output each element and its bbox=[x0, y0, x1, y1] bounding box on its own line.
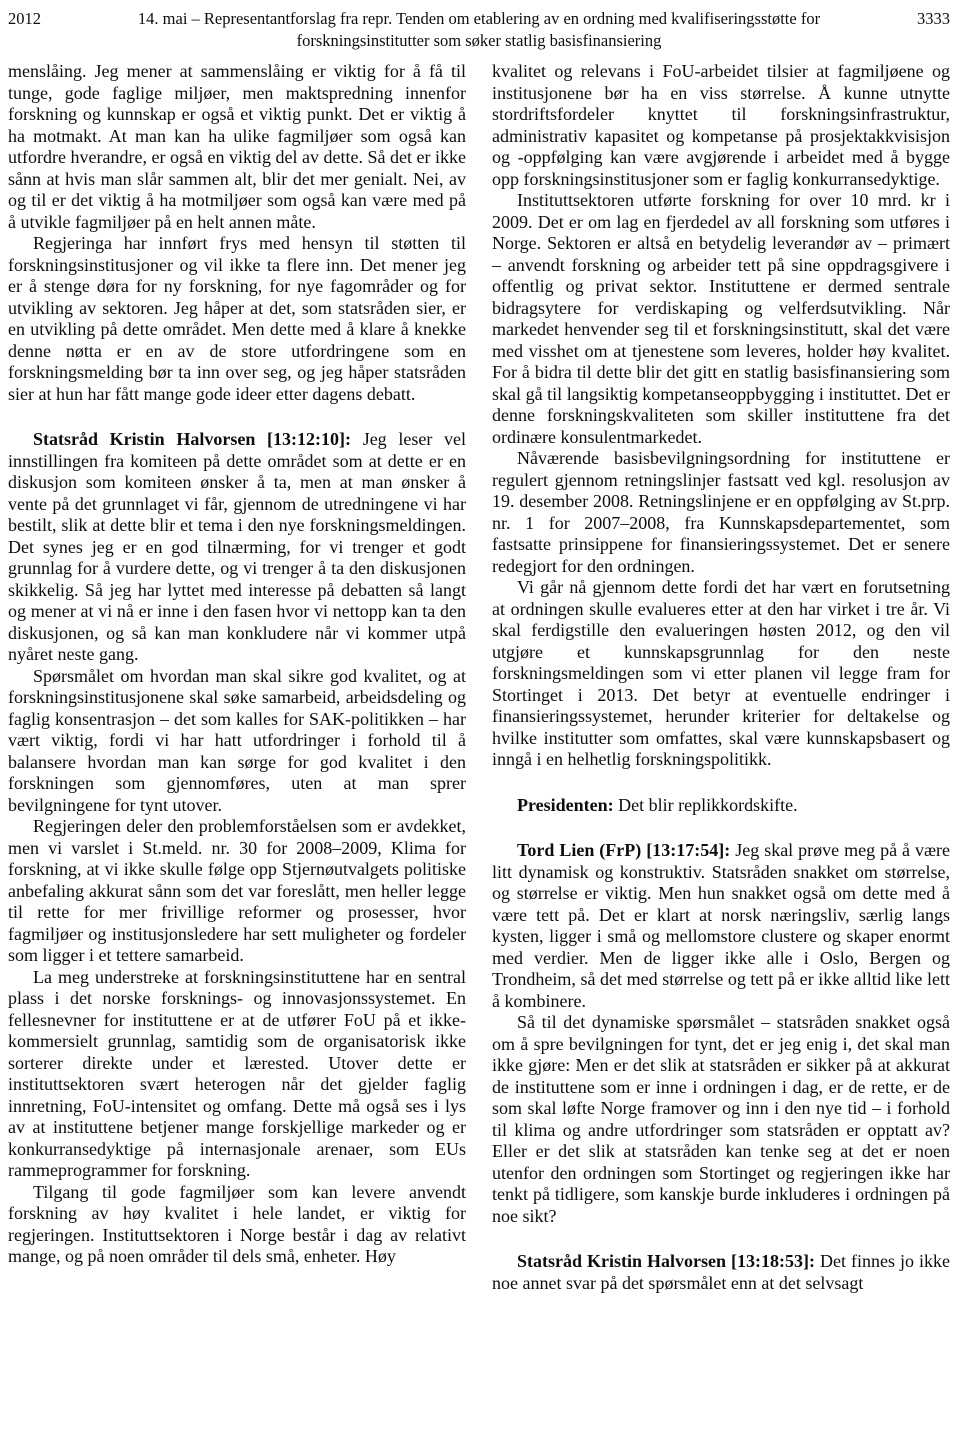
header-page-number: 3333 bbox=[860, 8, 950, 30]
speaker-paragraph: Tord Lien (FrP) [13:17:54]: Jeg skal prø… bbox=[492, 840, 950, 1012]
paragraph: La meg understreke at forskningsinstitut… bbox=[8, 967, 466, 1182]
speaker-paragraph: Presidenten: Det blir replikkordskifte. bbox=[492, 795, 950, 817]
paragraph: Vi går nå gjennom dette fordi det har væ… bbox=[492, 577, 950, 771]
speaker-name: Statsråd Kristin Halvorsen [13:18:53]: bbox=[517, 1251, 815, 1271]
header-year: 2012 bbox=[8, 8, 98, 30]
speaker-paragraph: Statsråd Kristin Halvorsen [13:18:53]: D… bbox=[492, 1251, 950, 1294]
left-column: menslåing. Jeg mener at sammenslåing er … bbox=[8, 61, 466, 1294]
speech-text: Jeg skal prøve meg på å være litt dynami… bbox=[492, 840, 950, 1011]
paragraph-continuation: menslåing. Jeg mener at sammenslåing er … bbox=[8, 61, 466, 233]
speaker-name: Tord Lien (FrP) [13:17:54]: bbox=[517, 840, 730, 860]
page-header: 2012 14. mai – Representantforslag fra r… bbox=[8, 8, 950, 52]
paragraph: Så til det dynamiske spørsmålet – statsr… bbox=[492, 1012, 950, 1227]
paragraph-continuation: kvalitet og relevans i FoU-arbeidet tils… bbox=[492, 61, 950, 190]
paragraph: Spørsmålet om hvordan man skal sikre god… bbox=[8, 666, 466, 817]
speaker-name: Presidenten: bbox=[517, 795, 614, 815]
paragraph: Nåværende basisbevilgningsordning for in… bbox=[492, 448, 950, 577]
speech-text: Jeg leser vel innstillingen fra komiteen… bbox=[8, 429, 466, 664]
two-column-body: menslåing. Jeg mener at sammenslåing er … bbox=[8, 61, 950, 1294]
speaker-paragraph: Statsråd Kristin Halvorsen [13:12:10]: J… bbox=[8, 429, 466, 666]
header-title: 14. mai – Representantforslag fra repr. … bbox=[98, 8, 860, 52]
header-title-line2: forskningsinstitutter som søker statlig … bbox=[102, 30, 856, 52]
paragraph: Regjeringen deler den problemforståelsen… bbox=[8, 816, 466, 967]
speech-text: Det blir replikkordskifte. bbox=[618, 795, 797, 815]
paragraph: Regjeringa har innført frys med hensyn t… bbox=[8, 233, 466, 405]
document-page: 2012 14. mai – Representantforslag fra r… bbox=[0, 0, 960, 1430]
right-column: kvalitet og relevans i FoU-arbeidet tils… bbox=[492, 61, 950, 1294]
header-title-line1: 14. mai – Representantforslag fra repr. … bbox=[102, 8, 856, 30]
paragraph: Instituttsektoren utførte forskning for … bbox=[492, 190, 950, 448]
paragraph: Tilgang til gode fagmiljøer som kan leve… bbox=[8, 1182, 466, 1268]
speaker-name: Statsråd Kristin Halvorsen [13:12:10]: bbox=[33, 429, 351, 449]
